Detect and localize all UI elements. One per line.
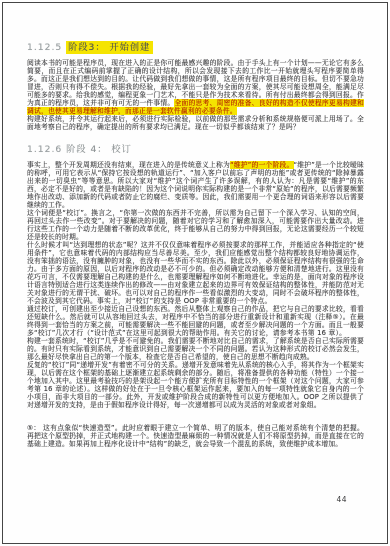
section-heading: 1.12.6 阶段 4： 校订 (27, 144, 364, 156)
body-paragraph: 什么时候才叫“达到理想的状态”呢？这并不仅仅意味着程序必须按要求的那样工作，并能… (27, 241, 364, 305)
section-title: 阶段 4： 校订 (66, 144, 132, 155)
section-heading: 1.12.5 阶段3： 开始创建 (27, 42, 364, 54)
text-run: ⑤： 这有点象似“快速造型”。此时应着眼于建立一个简单、明了的版本，使自己能对系… (27, 424, 364, 448)
body-paragraph: 通过校订，可创建出至少接近自己设想的东西。然后从整体上观察自己的作品，把它与自己… (27, 305, 364, 337)
text-run: 构建好系统，并令其运行起来后，必须进行实际检验，以前做的那些需求分析和系统规格便… (27, 115, 364, 131)
body-paragraph: 阅读本书的可能是程序员，现在进入的正是你可能最感兴趣的阶段。由于手头上有一个计划… (27, 59, 364, 115)
text-run: 什么时候才叫“达到理想的状态”呢？这并不仅仅意味着程序必须按要求的那样工作，并能… (27, 241, 364, 305)
text-run: 事实上，整个开发周期还没有结束，现在进入的是传统意义上称为 (27, 161, 230, 169)
body-paragraph: 反复的“校订”同“递增开发”有着密不可分的关系。递增开发意味着先从系统的核心入手… (27, 361, 364, 409)
page-number: 44 (27, 495, 347, 504)
text-run: 通过校订，可创建出至少接近自己设想的东西。然后从整体上观察自己的作品，把它与自己… (27, 305, 364, 337)
section-number: 1.12.5 (27, 42, 62, 53)
text-run: “维护”是一个比较暧昧的称呼，可用它表示从“保持它按设想的轨道运行”、“加入客户… (27, 161, 364, 209)
scanned-document-page: 1.12.5 阶段3： 开始创建阅读本书的可能是程序员，现在进入的正是你可能最感… (0, 0, 390, 546)
text-run: 这个词便是“校订”。换言之，“你第一次做的东西并不完善，所以需为自己留下一个深入… (27, 209, 364, 241)
section-number: 1.12.6 (27, 144, 62, 155)
body-paragraph: 这个词便是“校订”。换言之，“你第一次做的东西并不完善，所以需为自己留下一个深入… (27, 209, 364, 241)
footnote-paragraph: ⑤： 这有点象似“快速造型”。此时应着眼于建立一个简单、明了的版本，使自己能对系… (27, 424, 364, 448)
body-paragraph: 事实上，整个开发周期还没有结束，现在进入的是传统意义上称为“维护”的一个阶段。“… (27, 161, 364, 209)
section-title-highlighted: 阶段3： 开始创建 (66, 41, 153, 54)
text-run: 构建一套系统时，“校订”几乎是不可避免的。我们需要不断地对比自己的需求，了解系统… (27, 337, 364, 361)
text-run: 反复的“校订”同“递增开发”有着密不可分的关系。递增开发意味着先从系统的核心入手… (27, 361, 364, 409)
body-paragraph: 构建一套系统时，“校订”几乎是不可避免的。我们需要不断地对比自己的需求，了解系统… (27, 337, 364, 361)
highlighted-text: “维护”的一个阶段。 (230, 161, 293, 169)
body-paragraph: 构建好系统，并令其运行起来后，必须进行实际检验，以前做的那些需求分析和系统规格便… (27, 115, 364, 131)
page-content: 1.12.5 阶段3： 开始创建阅读本书的可能是程序员，现在进入的正是你可能最感… (27, 42, 364, 448)
